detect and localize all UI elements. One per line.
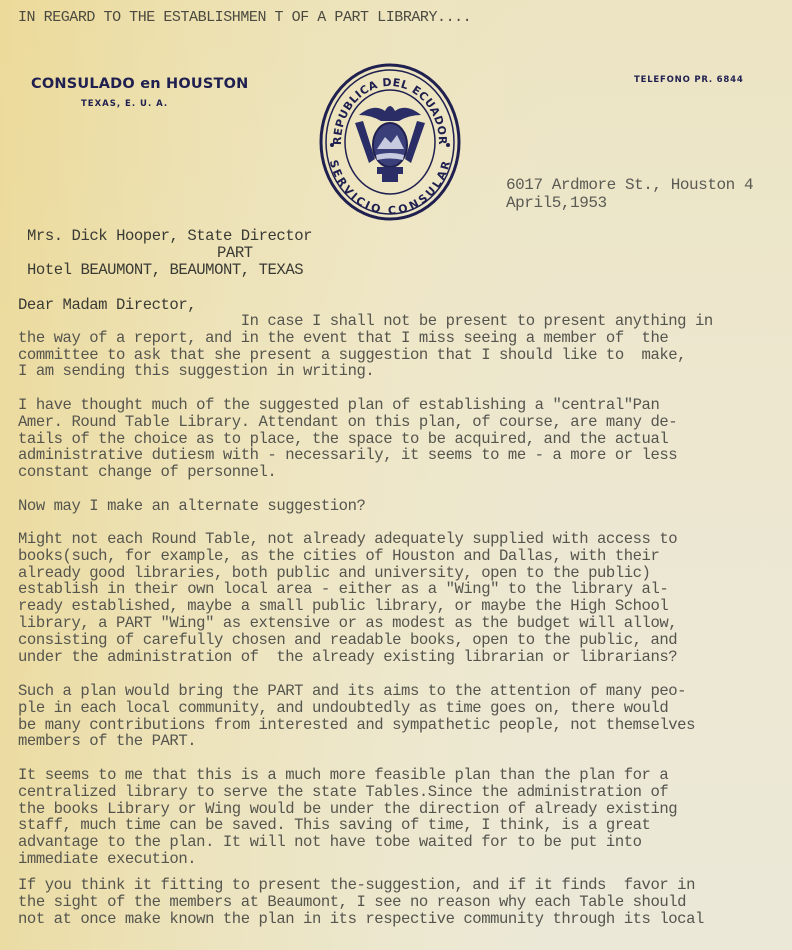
paragraph-4-line: consisting of carefully chosen and reada… [18,632,677,649]
paragraph-6-line: advantage to the plan. It will not have … [18,834,642,851]
letter-date: April5,1953 [506,195,607,212]
letterhead-location: TEXAS, E. U. A. [81,99,168,109]
paragraph-4-line: already good libraries, both public and … [18,565,650,582]
paragraph-6-line: the books Library or Wing would be under… [18,801,677,818]
paragraph-5-line: Such a plan would bring the PART and its… [18,683,686,700]
paragraph-1-line: I am sending this suggestion in writing. [18,363,374,380]
paragraph-2-line: administrative dutiesm with - necessaril… [18,447,677,464]
letterhead-consulate-name: CONSULADO en HOUSTON [31,76,248,92]
paragraph-4-line: books(such, for example, as the cities o… [18,548,659,565]
paragraph-1-line: the way of a report, and in the event th… [18,330,668,347]
paragraph-2-line: constant change of personnel. [18,464,276,481]
paragraph-7-line: the sight of the members at Beaumont, I … [18,894,686,911]
paragraph-6-line: immediate execution. [18,851,196,868]
paragraph-1-line: In case I shall not be present to presen… [18,313,713,330]
paragraph-7-line: If you think it fitting to present the-s… [18,877,695,894]
paragraph-7-line: not at once make known the plan in its r… [18,911,704,928]
recipient-line-3: Hotel BEAUMONT, BEAUMONT, TEXAS [27,262,303,279]
paragraph-2-line: tails of the choice as to place, the spa… [18,431,668,448]
paragraph-4-line: Might not each Round Table, not already … [18,531,677,548]
sender-address: 6017 Ardmore St., Houston 4 [506,177,753,194]
paragraph-3-line: Now may I make an alternate suggestion? [18,498,365,515]
paragraph-6-line: centralized library to serve the state T… [18,784,668,801]
paragraph-4-line: under the administration of the already … [18,649,677,666]
paragraph-5-line: ple in each local community, and undoubt… [18,700,668,717]
recipient-line-1: Mrs. Dick Hooper, State Director [27,228,312,245]
recipient-line-2: PART [217,245,253,262]
paragraph-5-line: members of the PART. [18,733,196,750]
paragraph-4-line: establish in their own local area - eith… [18,581,668,598]
paragraph-4-line: library, a PART "Wing" as extensive or a… [18,615,677,632]
paragraph-2-line: I have thought much of the suggested pla… [18,397,659,414]
ecuador-coat-of-arms-seal-icon: REPUBLICA DEL ECUADOR SERVICIO CONSULAR [319,63,461,221]
paragraph-6-line: staff, much time can be saved. This savi… [18,817,650,834]
letterhead-telephone: TELEFONO PR. 6844 [634,75,744,85]
paragraph-5-line: be many contributions from interested an… [18,717,695,734]
paragraph-6-line: It seems to me that this is a much more … [18,767,668,784]
paragraph-2-line: Amer. Round Table Library. Attendant on … [18,414,677,431]
document-subject-line: IN REGARD TO THE ESTABLISHMEN T OF A PAR… [18,10,471,27]
paragraph-4-line: ready established, maybe a small public … [18,598,668,615]
paragraph-1-line: committee to ask that she present a sugg… [18,347,686,364]
